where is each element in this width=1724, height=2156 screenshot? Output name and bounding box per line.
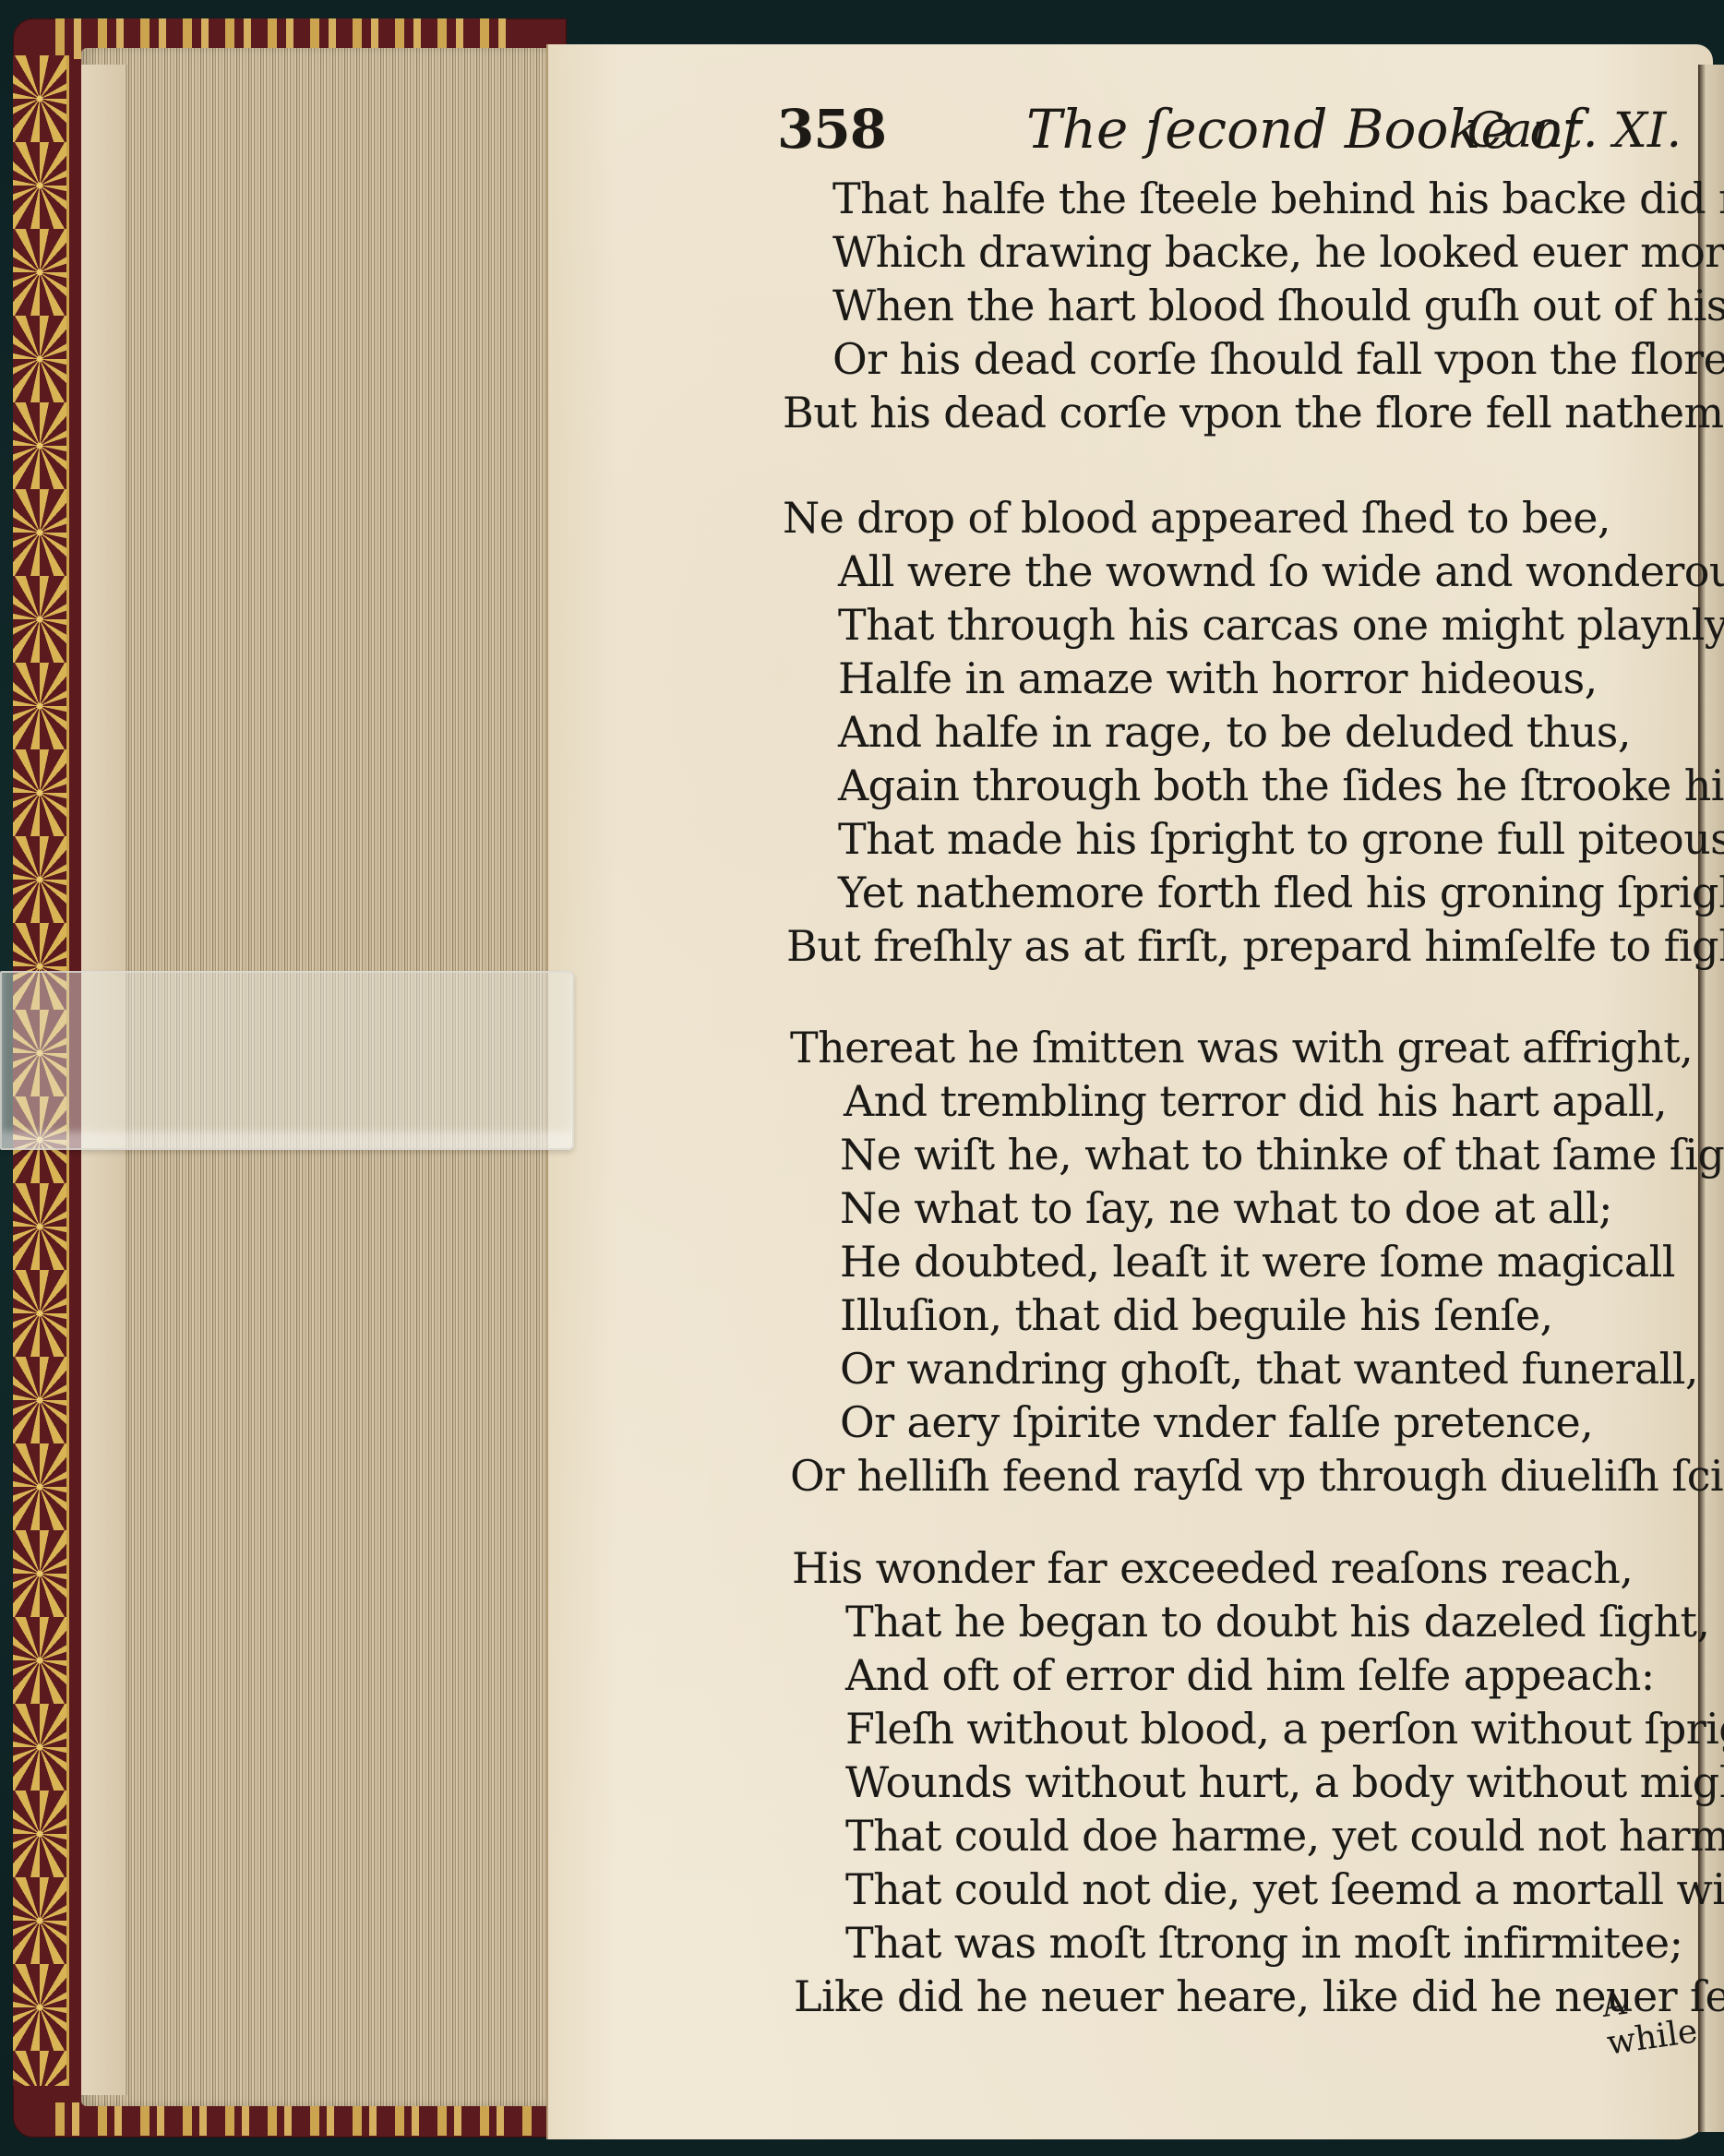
verse-line: Halfe in amaze with horror hideous, [838, 657, 1598, 700]
verse-line: Ne what to ſay, ne what to doe at all; [840, 1187, 1612, 1229]
verse-line: Thereat he ſmitten was with great affrig… [790, 1026, 1693, 1069]
verse-line: His wonder far exceeded reaſons reach, [792, 1547, 1633, 1589]
verse-line: When the hart blood ſhould guſh out of h… [832, 284, 1724, 327]
gilt-border-bottom [55, 2102, 535, 2136]
verse-line: That made his ſpright to grone full pite… [838, 818, 1724, 860]
verse-line: All were the wownd ſo wide and wonderous… [838, 550, 1724, 593]
verse-line: He doubted, leaſt it were ſome magicall [840, 1240, 1675, 1283]
verse-line: Ne drop of blood appeared ſhed to bee, [783, 497, 1610, 539]
verse-line: That could doe harme, yet could not harm… [845, 1815, 1724, 1857]
page-number: 358 [777, 98, 886, 161]
verse-line: And oft of error did him ſelfe appeach: [845, 1654, 1655, 1696]
verse-line: Or his dead corſe ſhould fall vpon the f… [832, 338, 1724, 380]
verse-line: Illuſion, that did beguile his ſenſe, [840, 1294, 1553, 1336]
verse-line: Or aery ſpirite vnder falſe pretence, [840, 1401, 1593, 1443]
verse-line: And trembling terror did his hart apall, [844, 1080, 1667, 1122]
verse-line: That halfe the ſteele behind his backe d… [832, 177, 1724, 220]
plastic-page-clip [0, 971, 574, 1150]
verse-line: Like did he neuer heare, like did he neu… [794, 1975, 1724, 2018]
canto-label: Cant. XI. [1467, 103, 1682, 159]
verse-line: Ne wiſt he, what to thinke of that ſame … [840, 1133, 1724, 1176]
verse-line: But his dead corſe vpon the flore fell n… [783, 391, 1724, 434]
verse-line: Yet nathemore forth fled his groning ſpr… [838, 871, 1724, 914]
verse-line: But freſhly as at firſt, prepard himſelf… [786, 925, 1724, 967]
verse-line: Wounds without hurt, a body without migh… [845, 1761, 1724, 1803]
verse-line: Or helliſh feend rayſd vp through diueli… [790, 1455, 1724, 1497]
verse-line: Which drawing backe, he looked euer more [832, 231, 1724, 273]
verse-line: Fleſh without blood, a perſon without ſp… [845, 1707, 1724, 1750]
verse-line: That through his carcas one might playnl… [838, 604, 1724, 646]
verse-line: Or wandring ghoſt, that wanted funerall, [840, 1347, 1698, 1390]
verse-line: That he began to doubt his dazeled ſight… [845, 1600, 1709, 1643]
catchword: A while [1599, 1970, 1724, 2062]
verse-line: That could not die, yet ſeemd a mortall … [845, 1868, 1724, 1910]
verse-line: And halfe in rage, to be deluded thus, [838, 711, 1631, 753]
running-head: 358 The ſecond Booke of Cant. XI. [777, 98, 1682, 172]
verse-line: That was moſt ſtrong in moſt infirmitee; [845, 1922, 1682, 1964]
verse-line: Again through both the ſides he ſtrooke … [838, 764, 1724, 807]
